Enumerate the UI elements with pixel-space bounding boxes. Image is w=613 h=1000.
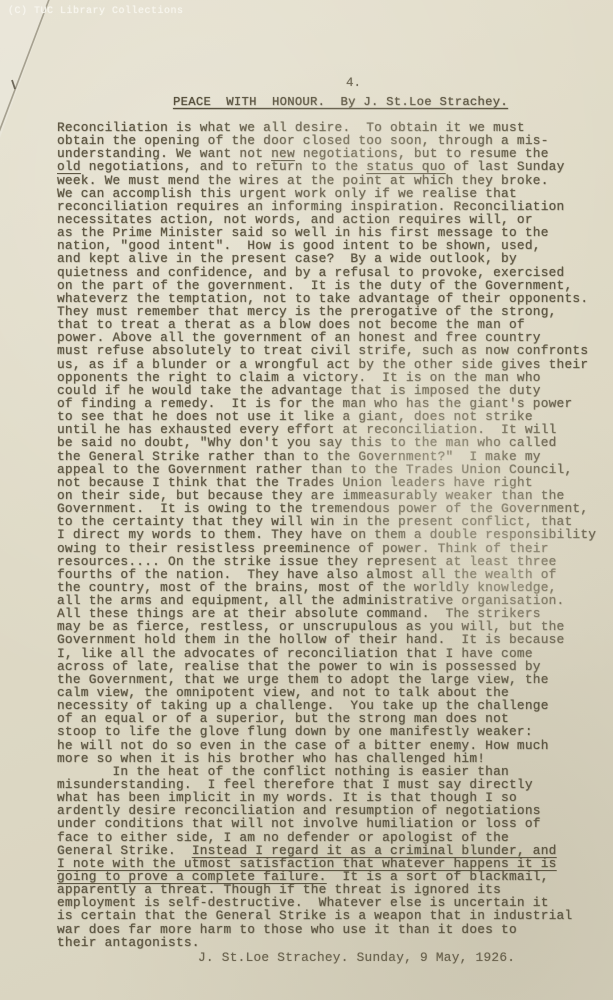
body-line: the General Strike rather than to the Go… [57, 450, 613, 463]
body-line: quietness and confidence, and by a refus… [57, 266, 613, 279]
body-line: I direct my words to them. They have on … [57, 528, 613, 541]
signature-line: J. St.Loe Strachey. Sunday, 9 May, 1926. [198, 950, 515, 965]
body-line: more so when it is his brother who has c… [57, 752, 613, 765]
body-line: I, like all the advocates of reconciliat… [57, 647, 613, 660]
body-line: he will not do so even in the case of a … [57, 739, 613, 752]
body-text: Reconciliation is what we all desire. To… [57, 121, 613, 949]
body-line: We can accomplish this urgent work only … [57, 187, 613, 200]
body-line: opponents the right to claim a victory. … [57, 371, 613, 384]
body-line: not because I think that the Trades Unio… [57, 476, 613, 489]
body-line: is certain that the General Strike is a … [57, 909, 613, 922]
body-line: war does far more harm to those who use … [57, 923, 613, 936]
watermark-text: (C) TUC Library Collections [8, 6, 184, 17]
page-number: 4. [346, 76, 361, 90]
body-line: and kept alive in the present case? By a… [57, 252, 613, 265]
body-line: fourths of the nation. They have also al… [57, 568, 613, 581]
body-line: owing to their resistless preeminence of… [57, 542, 613, 555]
scanned-page: (C) TUC Library Collections 4. PEACE WIT… [0, 0, 613, 1000]
body-line: stoop to life the glove flung down by on… [57, 725, 613, 738]
body-line: must refuse absolutely to treat civil st… [57, 344, 613, 357]
body-line: their antagonists. [57, 936, 613, 949]
body-line: whateverz the temptation, not to take ad… [57, 292, 613, 305]
page-title: PEACE WITH HONOUR. By J. St.Loe Strachey… [173, 95, 508, 109]
body-line: across of late, realise that the power t… [57, 660, 613, 673]
body-line: resources.... On the strike issue they r… [57, 555, 613, 568]
body-line: under conditions that will not involve h… [57, 817, 613, 830]
body-line: could if he would take the advantage tha… [57, 384, 613, 397]
body-line: us, as if a blunder or a wrongful act by… [57, 358, 613, 371]
body-line: Government hold them in the hollow of th… [57, 633, 613, 646]
body-line: be said no doubt, "Why don't you say thi… [57, 436, 613, 449]
body-line: appeal to the Government rather than to … [57, 463, 613, 476]
body-line: old negotiations, and to return to the s… [57, 160, 613, 173]
body-line: on the part of the government. It is the… [57, 279, 613, 292]
body-line: reconciliation requires an informing ins… [57, 200, 613, 213]
body-line: week. We must mend the wires at the poin… [57, 174, 613, 187]
